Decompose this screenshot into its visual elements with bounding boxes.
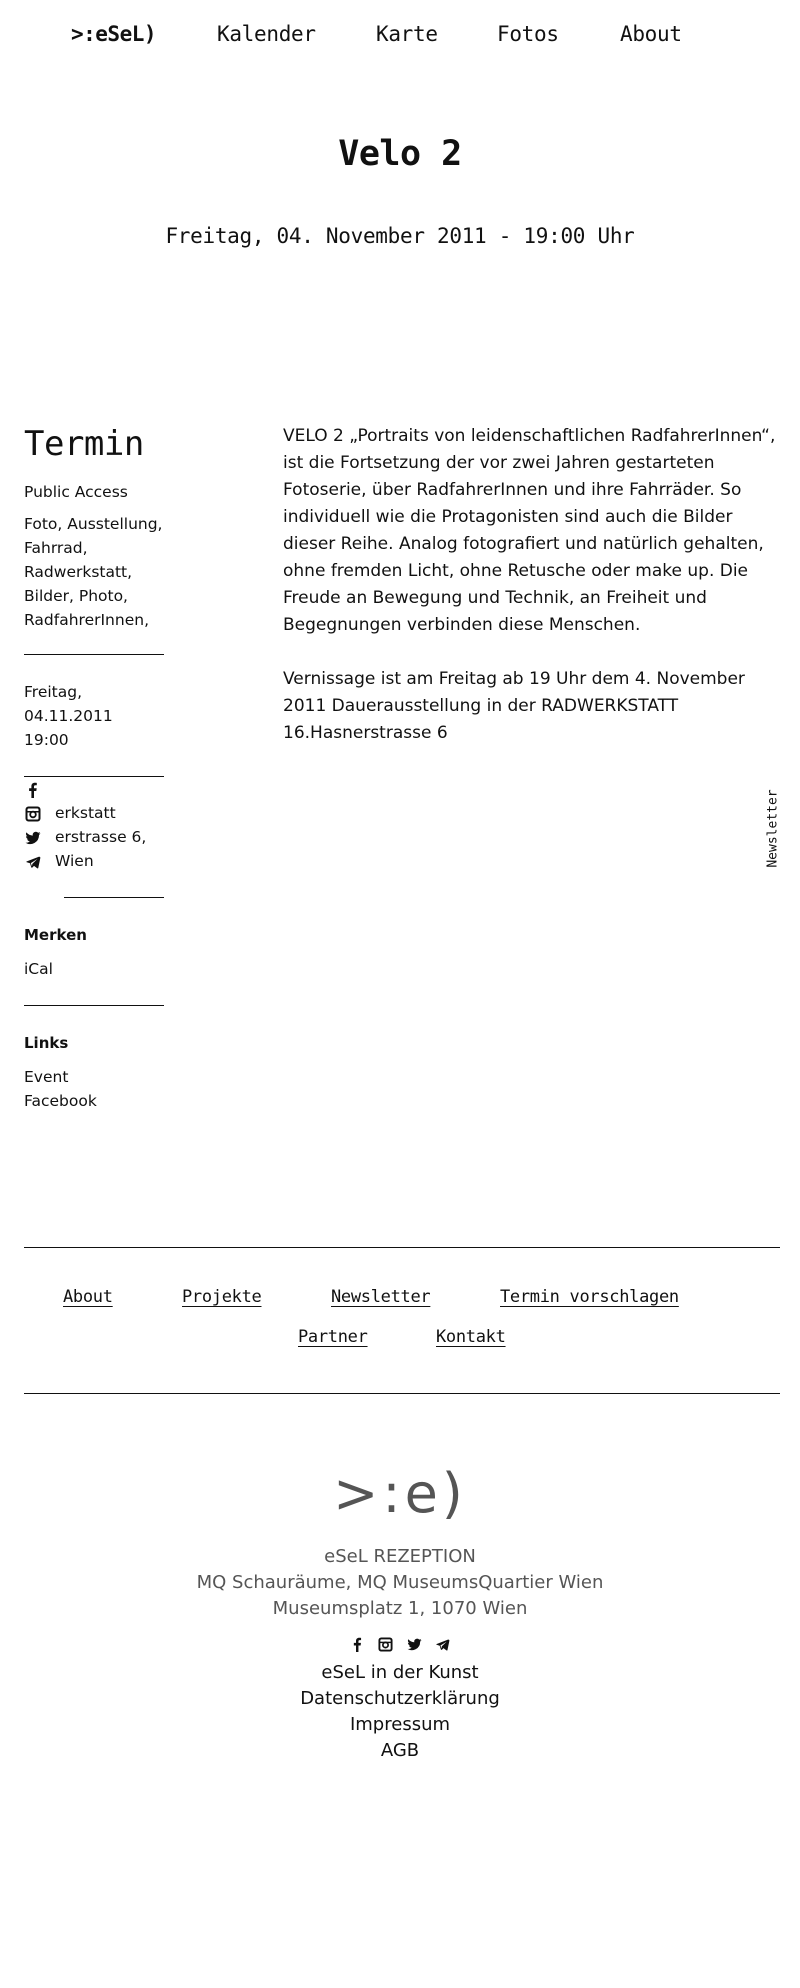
- description-paragraph: VELO 2 „Portraits von leidenschaftlichen…: [283, 423, 783, 639]
- footer-logo: >:e): [0, 1462, 800, 1525]
- access-label: Public Access: [24, 480, 164, 504]
- event-date: Freitag, 04.11.2011 19:00: [24, 680, 164, 752]
- location-line: erstrasse 6,: [55, 825, 164, 849]
- divider: [64, 897, 164, 898]
- nav-kalender[interactable]: Kalender: [217, 22, 316, 46]
- footer-link-termin-vorschlagen[interactable]: Termin vorschlagen: [500, 1287, 679, 1307]
- newsletter-side-tab[interactable]: Newsletter: [766, 788, 780, 868]
- footer-link-about[interactable]: About: [63, 1287, 113, 1307]
- facebook-icon[interactable]: [25, 782, 41, 798]
- footer-link-agb[interactable]: AGB: [0, 1738, 800, 1764]
- footer-divider: [24, 1393, 780, 1394]
- footer-link-projekte[interactable]: Projekte: [182, 1287, 261, 1307]
- footer-link-impressum[interactable]: Impressum: [0, 1712, 800, 1738]
- event-date-line: Freitag, 04.11.2011: [24, 680, 164, 728]
- top-navigation: >:eSeL) Kalender Karte Fotos About: [0, 22, 800, 52]
- event-location: erkstatt erstrasse 6, Wien: [24, 801, 164, 873]
- telegram-icon[interactable]: [25, 854, 41, 870]
- location-line: erkstatt: [55, 801, 164, 825]
- site-logo[interactable]: >:eSeL): [71, 22, 156, 46]
- event-link[interactable]: Event: [24, 1065, 164, 1089]
- telegram-icon[interactable]: [435, 1637, 450, 1652]
- floating-social-bar: [25, 782, 43, 878]
- event-time-line: 19:00: [24, 728, 164, 752]
- nav-about[interactable]: About: [620, 22, 682, 46]
- event-tags: Foto, Ausstellung, Fahrrad, Radwerkstatt…: [24, 512, 164, 632]
- footer-link-newsletter[interactable]: Newsletter: [331, 1287, 430, 1307]
- nav-karte[interactable]: Karte: [376, 22, 438, 46]
- footer-link-datenschutz[interactable]: Datenschutzerklärung: [0, 1686, 800, 1712]
- address-line: Museumsplatz 1, 1070 Wien: [0, 1596, 800, 1622]
- instagram-icon[interactable]: [25, 806, 41, 822]
- event-description: VELO 2 „Portraits von leidenschaftlichen…: [283, 423, 783, 774]
- newsletter-side-label: Newsletter: [766, 789, 781, 869]
- footer-social-icons: [0, 1634, 800, 1653]
- address-line: MQ Schauräume, MQ MuseumsQuartier Wien: [0, 1570, 800, 1596]
- facebook-link[interactable]: Facebook: [24, 1089, 164, 1113]
- twitter-icon[interactable]: [25, 830, 41, 846]
- nav-fotos[interactable]: Fotos: [497, 22, 559, 46]
- description-paragraph: Vernissage ist am Freitag ab 19 Uhr dem …: [283, 666, 783, 747]
- twitter-icon[interactable]: [407, 1637, 422, 1652]
- instagram-icon[interactable]: [378, 1637, 393, 1652]
- event-title: Velo 2: [0, 134, 800, 174]
- footer-link-partner[interactable]: Partner: [298, 1327, 368, 1347]
- event-datetime: Freitag, 04. November 2011 - 19:00 Uhr: [0, 224, 800, 248]
- divider: [24, 776, 164, 777]
- footer-address: eSeL REZEPTION MQ Schauräume, MQ Museums…: [0, 1544, 800, 1622]
- sidebar-heading: Termin: [24, 422, 164, 466]
- footer-bottom-links: eSeL in der Kunst Datenschutzerklärung I…: [0, 1660, 800, 1764]
- links-heading: Links: [24, 1031, 164, 1055]
- footer-link-esel-in-der-kunst[interactable]: eSeL in der Kunst: [0, 1660, 800, 1686]
- divider: [24, 1005, 164, 1006]
- merken-heading: Merken: [24, 923, 164, 947]
- divider: [24, 654, 164, 655]
- event-sidebar: Termin Public Access Foto, Ausstellung, …: [24, 422, 164, 1113]
- footer-link-kontakt[interactable]: Kontakt: [436, 1327, 506, 1347]
- location-line: Wien: [55, 849, 164, 873]
- address-line: eSeL REZEPTION: [0, 1544, 800, 1570]
- footer-divider: [24, 1247, 780, 1248]
- ical-link[interactable]: iCal: [24, 957, 164, 981]
- facebook-icon[interactable]: [350, 1637, 365, 1652]
